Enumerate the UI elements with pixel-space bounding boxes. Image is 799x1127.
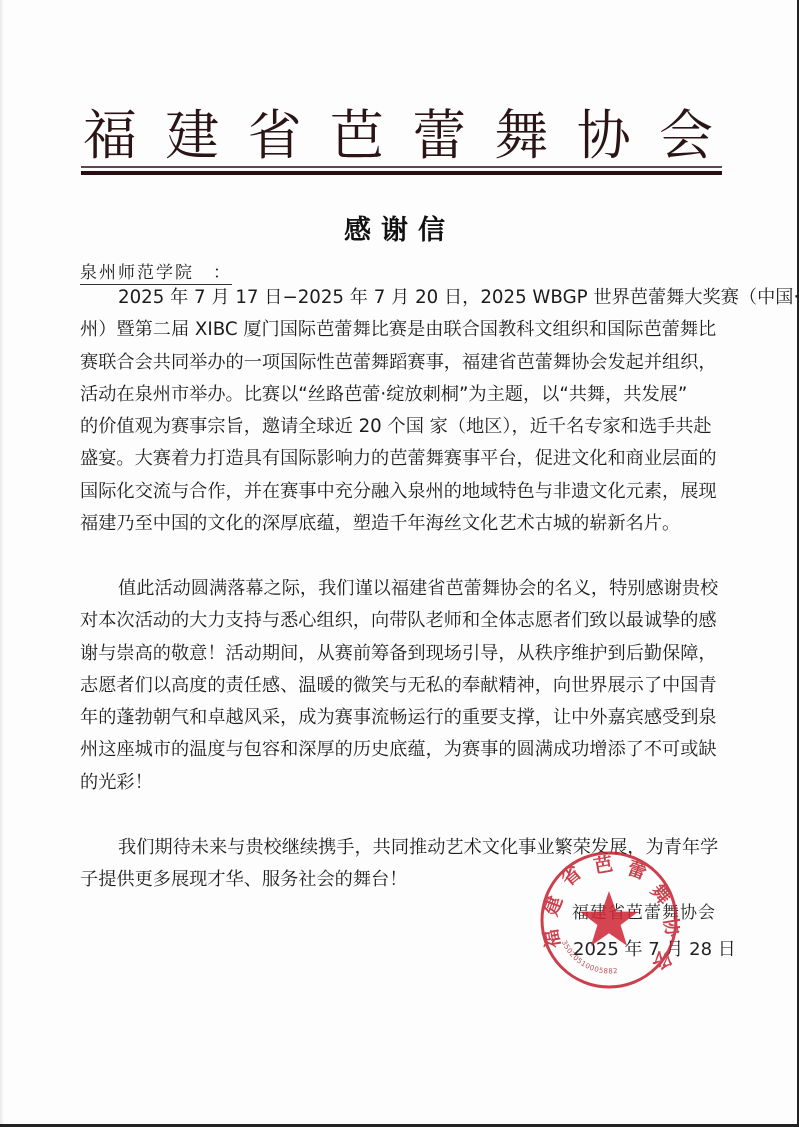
text-line: 谢与崇高的敬意！活动期间，从赛前筹备到现场引导，从秩序维护到后勤保障， <box>80 638 722 670</box>
text-line: 我们期待未来与贵校继续携手，共同推动艺术文化事业繁荣发展，为青年学 <box>80 832 722 864</box>
text-line: 盛宴。大赛着力打造具有国际影响力的芭蕾舞赛事平台，促进文化和商业层面的 <box>80 443 722 475</box>
text-line: 州）暨第二届 XIBC 厦门国际芭蕾舞比赛是由联合国教科文组织和国际芭蕾舞比 <box>80 314 722 346</box>
paragraph-3: 我们期待未来与贵校继续携手，共同推动艺术文化事业繁荣发展，为青年学 子提供更多展… <box>80 832 722 897</box>
letterhead-char: 建 <box>160 104 224 168</box>
paragraph-2: 值此活动圆满落幕之际，我们谨以福建省芭蕾舞协会的名义，特别感谢贵校 对本次活动的… <box>80 573 722 799</box>
text-line: 的价值观为赛事宗旨，邀请全球近 20 个国 家（地区），近千名专家和选手共赴 <box>80 411 722 443</box>
letterhead-char: 协 <box>572 104 636 168</box>
text-line: 值此活动圆满落幕之际，我们谨以福建省芭蕾舞协会的名义，特别感谢贵校 <box>80 573 722 605</box>
letterhead-char: 舞 <box>489 104 553 168</box>
text-line: 活动在泉州市举办。比赛以“丝路芭蕾·绽放刺桐”为主题，以“共舞，共发展” <box>80 379 722 411</box>
svg-text:福: 福 <box>540 927 565 950</box>
text-line: 国际化交流与合作，并在赛事中充分融入泉州的地域特色与非遗文化元素，展现 <box>80 476 722 508</box>
text-line: 志愿者们以高度的责任感、温暖的微笑与无私的奉献精神，向世界展示了中国青 <box>80 670 722 702</box>
letterhead-char: 会 <box>654 104 718 168</box>
text-line: 对本次活动的大力支持与悉心组织，向带队老师和全体志愿者们致以最诚挚的感 <box>80 605 722 637</box>
text-line: 子提供更多展现才华、服务社会的舞台！ <box>80 864 722 896</box>
text-line: 福建乃至中国的文化的深厚底蕴，塑造千年海丝文化艺术古城的崭新名片。 <box>80 508 722 540</box>
signature-date: 2025 年 7 月 28 日 <box>573 935 736 961</box>
document-title: 感谢信 <box>0 208 799 247</box>
signature-organization: 福建省芭蕾舞协会 <box>572 898 716 923</box>
text-line: 州这座城市的温度与包容和深厚的历史底蕴，为赛事的圆满成功增添了不可或缺 <box>80 734 722 766</box>
text-line: 年的蓬勃朝气和卓越风采，成为赛事流畅运行的重要支撑，让中外嘉宾感受到泉 <box>80 702 722 734</box>
text-line: 2025 年 7 月 17 日−2025 年 7 月 20 日，2025 WBG… <box>80 282 722 314</box>
paragraph-1: 2025 年 7 月 17 日−2025 年 7 月 20 日，2025 WBG… <box>80 282 722 540</box>
text-line: 的光彩！ <box>80 767 722 799</box>
text-line: 赛联合会共同举办的一项国际性芭蕾舞蹈赛事，福建省芭蕾舞协会发起并组织， <box>80 347 722 379</box>
letterhead-title: 福 建 省 芭 蕾 舞 协 会 <box>78 104 718 168</box>
letterhead-rule-thin <box>81 166 722 168</box>
letterhead-char: 蕾 <box>407 104 471 168</box>
letter-page: 福 建 省 芭 蕾 舞 协 会 感谢信 泉州师范学院 ： 2025 年 7 月 … <box>0 0 799 1127</box>
letterhead-char: 芭 <box>325 104 389 168</box>
salutation: 泉州师范学院 ： <box>80 258 232 285</box>
svg-text:建: 建 <box>539 893 567 919</box>
letterhead-rule-thick <box>81 171 722 175</box>
letterhead-char: 省 <box>243 104 307 168</box>
letterhead-char: 福 <box>78 104 142 168</box>
